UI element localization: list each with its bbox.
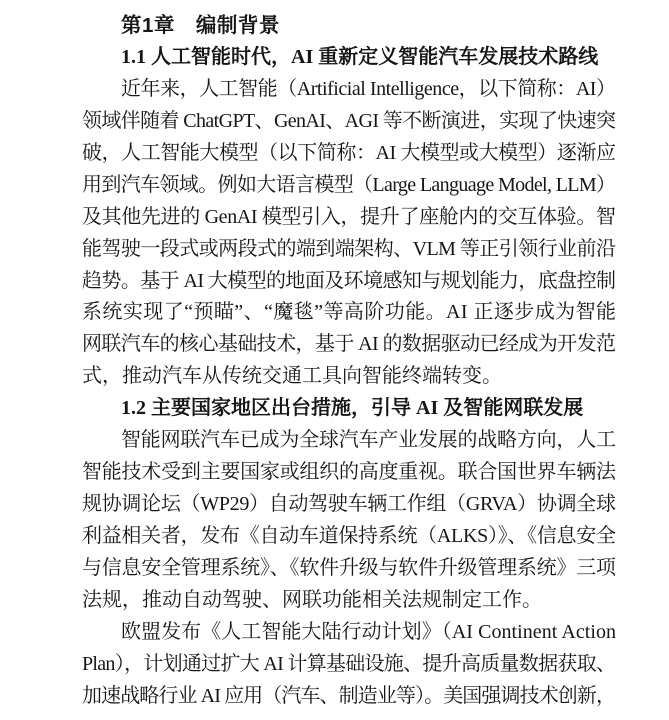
paragraph-line: 加速战略行业 AI 应用（汽车、制造业等）。美国强调技术创新， [82, 681, 616, 713]
paragraph-line: 近年来，人工智能（Artificial Intelligence，以下简称：AI… [82, 74, 616, 106]
paragraph-line-text: 领域伴随着 ChatGPT、GenAI、AGI 等不断演进，实现了快速突 [82, 106, 615, 138]
paragraph-line-text: 趋势。基于 AI 大模型的地面及环境感知与规划能力，底盘控制 [82, 266, 615, 298]
paragraph-line: 破，人工智能大模型（以下简称：AI 大模型或大模型）逐渐应 [82, 138, 616, 170]
paragraph-line: 与信息安全管理系统》、《软件升级与软件升级管理系统》三项 [82, 553, 616, 585]
paragraph-line-text: 加速战略行业 AI 应用（汽车、制造业等）。美国强调技术创新， [82, 681, 615, 713]
paragraph-line-text: 与信息安全管理系统》、《软件升级与软件升级管理系统》三项 [82, 553, 616, 585]
section-heading-text: 1.1 人工智能时代，AI 重新定义智能汽车发展技术路线 [121, 42, 598, 74]
paragraph-line-text: 式，推动汽车从传统交通工具向智能终端转变。 [82, 361, 502, 393]
paragraph-line-text: 规协调论坛（WP29）自动驾驶车辆工作组（GRVA）协调全球 [82, 489, 616, 521]
paragraph-line-text: 智能技术受到主要国家或组织的高度重视。联合国世界车辆法 [82, 457, 616, 489]
paragraph-line-text: 破，人工智能大模型（以下简称：AI 大模型或大模型）逐渐应 [82, 138, 616, 170]
paragraph-line-text: 网联汽车的核心基础技术，基于 AI 的数据驱动已经成为开发范 [82, 329, 615, 361]
paragraph-line: Plan），计划通过扩大 AI 计算基础设施、提升高质量数据获取、 [82, 649, 616, 681]
paragraph-line-text: 及其他先进的 GenAI 模型引入，提升了座舱内的交互体验。智 [82, 202, 616, 234]
paragraph-line: 趋势。基于 AI 大模型的地面及环境感知与规划能力，底盘控制 [82, 266, 616, 298]
paragraph-line: 用到汽车领域。例如大语言模型（Large Language Model, LLM… [82, 170, 616, 202]
document-content: 第1章 编制背景 1.1 人工智能时代，AI 重新定义智能汽车发展技术路线 近年… [82, 10, 616, 713]
paragraph-line: 智能技术受到主要国家或组织的高度重视。联合国世界车辆法 [82, 457, 616, 489]
section-heading-text: 1.2 主要国家地区出台措施，引导 AI 及智能网联发展 [121, 393, 583, 425]
paragraph-line-text: 智能网联汽车已成为全球汽车产业发展的战略方向，人工 [121, 425, 616, 457]
paragraph-line: 规协调论坛（WP29）自动驾驶车辆工作组（GRVA）协调全球 [82, 489, 616, 521]
paragraph-line: 法规，推动自动驾驶、网联功能相关法规制定工作。 [82, 585, 616, 617]
paragraph-line-text: 法规，推动自动驾驶、网联功能相关法规制定工作。 [82, 585, 542, 617]
chapter-title-text: 第1章 编制背景 [121, 10, 280, 42]
paragraph-line: 式，推动汽车从传统交通工具向智能终端转变。 [82, 361, 616, 393]
paragraph-line: 领域伴随着 ChatGPT、GenAI、AGI 等不断演进，实现了快速突 [82, 106, 616, 138]
paragraph-line: 欧盟发布《人工智能大陆行动计划》（AI Continent Action [82, 617, 616, 649]
paragraph-line: 利益相关者，发布《自动车道保持系统（ALKS）》、《信息安全 [82, 521, 616, 553]
paragraph-line-text: 欧盟发布《人工智能大陆行动计划》（AI Continent Action [121, 617, 616, 649]
paragraph-line: 网联汽车的核心基础技术，基于 AI 的数据驱动已经成为开发范 [82, 329, 616, 361]
paragraph-line: 系统实现了“预瞄”、“魔毯”等高阶功能。AI 正逐步成为智能 [82, 297, 616, 329]
paragraph-line-text: 近年来，人工智能（Artificial Intelligence，以下简称：AI… [121, 74, 616, 106]
section-1-1-heading: 1.1 人工智能时代，AI 重新定义智能汽车发展技术路线 [82, 42, 616, 74]
paragraph-line-text: 能驾驶一段式或两段式的端到端架构、VLM 等正引领行业前沿 [82, 234, 615, 266]
paragraph-line: 及其他先进的 GenAI 模型引入，提升了座舱内的交互体验。智 [82, 202, 616, 234]
document-page: 第1章 编制背景 1.1 人工智能时代，AI 重新定义智能汽车发展技术路线 近年… [0, 0, 669, 720]
section-1-2-heading: 1.2 主要国家地区出台措施，引导 AI 及智能网联发展 [82, 393, 616, 425]
paragraph-line-text: Plan），计划通过扩大 AI 计算基础设施、提升高质量数据获取、 [82, 649, 615, 681]
paragraph-line: 智能网联汽车已成为全球汽车产业发展的战略方向，人工 [82, 425, 616, 457]
paragraph-line-text: 用到汽车领域。例如大语言模型（Large Language Model, LLM… [82, 170, 615, 202]
chapter-title: 第1章 编制背景 [82, 10, 616, 42]
paragraph-line-text: 系统实现了“预瞄”、“魔毯”等高阶功能。AI 正逐步成为智能 [82, 297, 616, 329]
paragraph-line-text: 利益相关者，发布《自动车道保持系统（ALKS）》、《信息安全 [82, 521, 616, 553]
paragraph-line: 能驾驶一段式或两段式的端到端架构、VLM 等正引领行业前沿 [82, 234, 616, 266]
